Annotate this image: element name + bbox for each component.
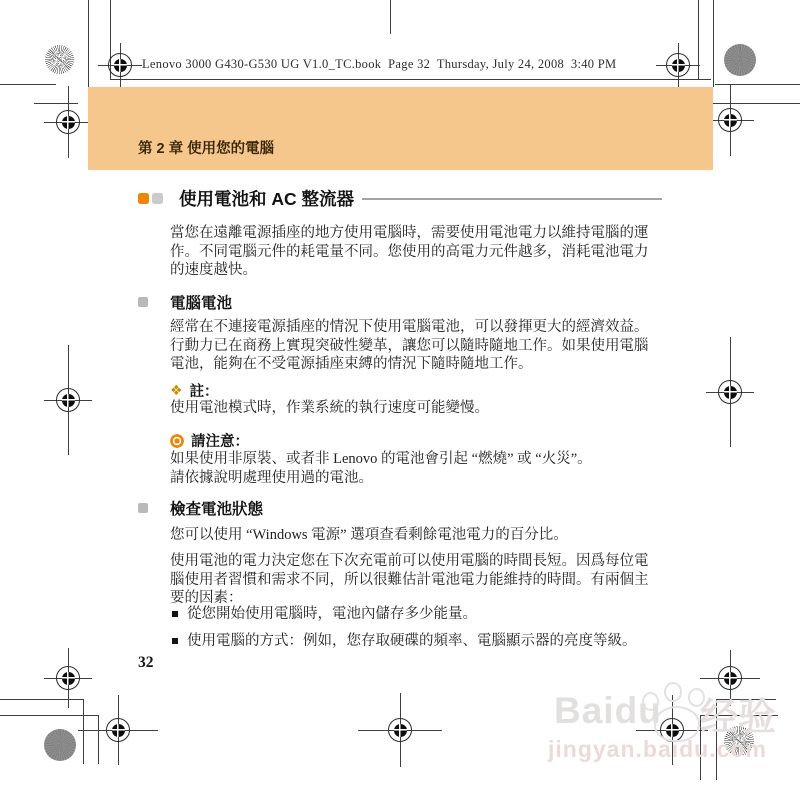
attention-body: 如果使用非原裝、或者非 Lenovo 的電池會引起 “燃燒” 或 “火災”。 請… xyxy=(170,450,664,487)
bullet-item: 使用電腦的方式：例如，您存取硬碟的頻率、電腦顯示器的亮度等級。 xyxy=(172,632,664,651)
registration-mark-icon xyxy=(706,337,754,447)
chapter-banner: 第 2 章 使用您的電腦 xyxy=(88,87,713,170)
bullet-square-icon xyxy=(172,638,178,644)
check-status-paragraph-2: 使用電池的電力決定您在下次充電前可以使用電腦的時間長短。因爲每位電 腦使用者習慣… xyxy=(170,552,664,608)
subsection-title: 電腦電池 xyxy=(170,291,232,313)
check-status-paragraph-1: 您可以使用 “Windows 電源” 選項查看剩餘電池電力的百分比。 xyxy=(170,526,664,545)
gray-calibration-circle-icon xyxy=(44,729,76,761)
scanned-manual-page: Lenovo 3000 G430-G530 UG V1.0_TC.book Pa… xyxy=(0,0,800,800)
bullet-item: 從您開始使用電腦時，電池內儲存多少能量。 xyxy=(172,605,664,624)
battery-paragraph: 經常在不連接電源插座的情況下使用電腦電池，可以發揮更大的經濟效益。 行動力已在商… xyxy=(170,318,664,374)
gray-square-marker-icon xyxy=(152,193,163,204)
gray-square-marker-icon xyxy=(138,503,148,513)
registration-mark-icon xyxy=(78,695,158,765)
registration-mark-icon xyxy=(44,86,92,158)
chapter-title: 第 2 章 使用您的電腦 xyxy=(138,137,274,158)
note-callout-heading: ❖ 註： xyxy=(170,380,219,401)
subsection-title: 檢查電池狀態 xyxy=(170,497,263,519)
registration-mark-icon xyxy=(700,650,760,706)
registration-mark-icon xyxy=(98,43,142,87)
registration-mark-icon xyxy=(656,43,700,87)
crop-line xyxy=(0,84,56,85)
gray-square-marker-icon xyxy=(138,297,148,307)
page-number: 32 xyxy=(138,654,154,672)
attention-circled-dot-icon xyxy=(170,434,184,448)
subsection-heading-battery: 電腦電池 xyxy=(138,291,232,313)
print-job-header: Lenovo 3000 G430-G530 UG V1.0_TC.book Pa… xyxy=(142,57,616,72)
crop-line xyxy=(88,0,89,87)
starburst-calibration-icon xyxy=(45,45,74,74)
subsection-heading-check-status: 檢查電池狀態 xyxy=(138,497,263,519)
section-title: 使用電池和 AC 整流器 xyxy=(179,186,354,211)
gray-calibration-circle-icon xyxy=(724,44,756,76)
section-heading: 使用電池和 AC 整流器 xyxy=(138,186,662,211)
crop-line xyxy=(713,0,714,87)
bullet-square-icon xyxy=(172,611,178,617)
registration-mark-icon xyxy=(358,693,442,767)
starburst-calibration-icon xyxy=(724,726,754,756)
registration-mark-icon xyxy=(44,345,92,455)
orange-square-marker-icon xyxy=(138,193,149,204)
attention-callout-heading: 請注意： xyxy=(170,430,249,451)
header-underline xyxy=(110,79,711,80)
crop-line xyxy=(700,715,778,716)
registration-mark-icon xyxy=(636,695,708,765)
registration-mark-icon xyxy=(706,84,754,156)
crop-line xyxy=(716,699,717,780)
bullet-text: 使用電腦的方式：例如，您存取硬碟的頻率、電腦顯示器的亮度等級。 xyxy=(187,632,637,651)
crop-line xyxy=(390,0,391,34)
note-label: 註： xyxy=(190,380,219,401)
note-diamond-icon: ❖ xyxy=(170,384,183,398)
attention-label: 請注意： xyxy=(191,430,249,451)
bullet-text: 從您開始使用電腦時，電池內儲存多少能量。 xyxy=(187,605,477,624)
note-body: 使用電池模式時，作業系統的執行速度可能變慢。 xyxy=(170,399,664,418)
section-rule xyxy=(362,198,662,200)
intro-paragraph: 當您在遠離電源插座的地方使用電腦時，需要使用電池電力以維持電腦的運 作。不同電腦… xyxy=(170,224,664,280)
